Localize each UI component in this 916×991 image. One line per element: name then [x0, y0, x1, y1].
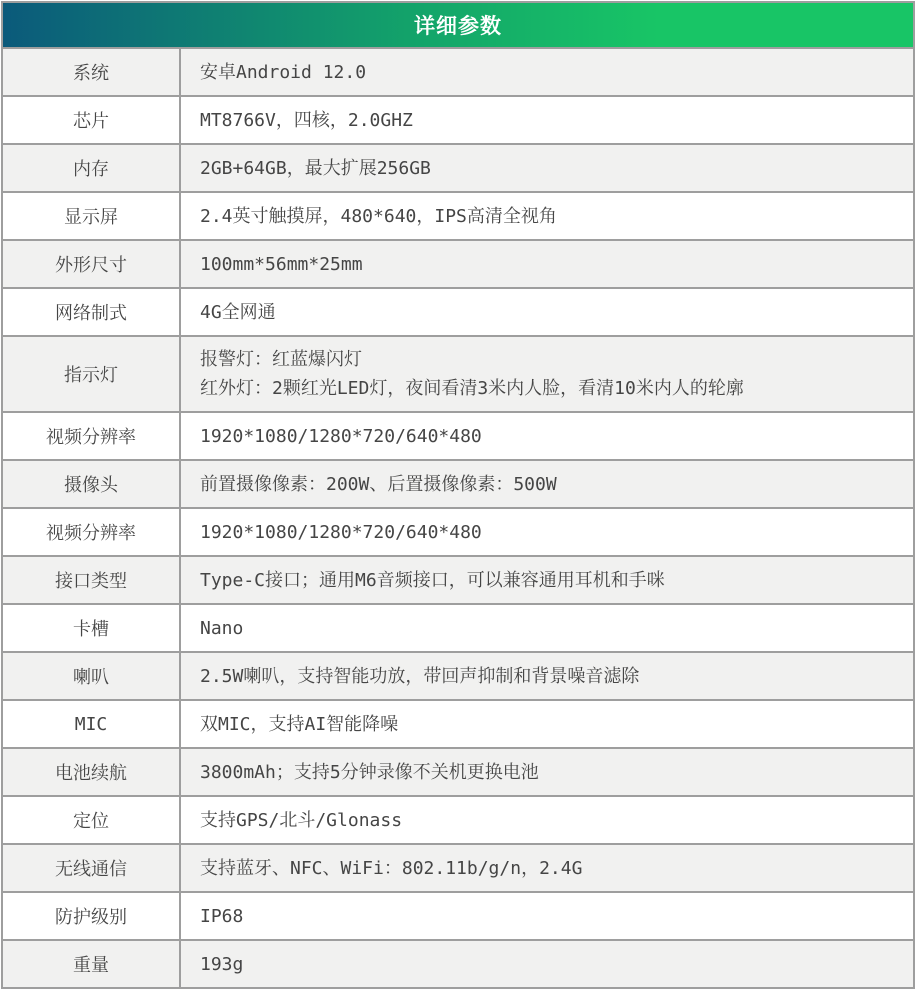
spec-label: 系统: [3, 49, 181, 95]
spec-value-line: 2GB+64GB，最大扩展256GB: [200, 154, 901, 183]
spec-value: 2.4英寸触摸屏，480*640，IPS高清全视角: [181, 193, 913, 239]
spec-value: 报警灯：红蓝爆闪灯红外灯：2颗红光LED灯，夜间看清3米内人脸，看清10米内人的…: [181, 337, 913, 411]
spec-value: Type-C接口；通用M6音频接口，可以兼容通用耳机和手咪: [181, 557, 913, 603]
table-row: 视频分辨率1920*1080/1280*720/640*480: [3, 411, 913, 459]
table-row: 芯片MT8766V，四核，2.0GHZ: [3, 95, 913, 143]
spec-value-line: 红外灯：2颗红光LED灯，夜间看清3米内人脸，看清10米内人的轮廓: [200, 374, 901, 403]
spec-label: 电池续航: [3, 749, 181, 795]
table-row: 摄像头前置摄像像素：200W、后置摄像像素：500W: [3, 459, 913, 507]
spec-value: 100mm*56mm*25mm: [181, 241, 913, 287]
spec-value: IP68: [181, 893, 913, 939]
spec-value: MT8766V，四核，2.0GHZ: [181, 97, 913, 143]
spec-label: 显示屏: [3, 193, 181, 239]
table-row: 系统安卓Android 12.0: [3, 47, 913, 95]
spec-table-panel: 详细参数 系统安卓Android 12.0芯片MT8766V，四核，2.0GHZ…: [1, 1, 915, 989]
table-row: 卡槽Nano: [3, 603, 913, 651]
spec-value: 前置摄像像素：200W、后置摄像像素：500W: [181, 461, 913, 507]
table-row: 无线通信支持蓝牙、NFC、WiFi：802.11b/g/n，2.4G: [3, 843, 913, 891]
spec-value: 3800mAh；支持5分钟录像不关机更换电池: [181, 749, 913, 795]
spec-label: 指示灯: [3, 337, 181, 411]
spec-value-line: 1920*1080/1280*720/640*480: [200, 422, 901, 451]
spec-label: 重量: [3, 941, 181, 987]
table-title: 详细参数: [414, 10, 502, 40]
spec-label: 视频分辨率: [3, 413, 181, 459]
table-row: 视频分辨率1920*1080/1280*720/640*480: [3, 507, 913, 555]
spec-value: 193g: [181, 941, 913, 987]
spec-rows-container: 系统安卓Android 12.0芯片MT8766V，四核，2.0GHZ内存2GB…: [3, 47, 913, 987]
spec-value-line: 安卓Android 12.0: [200, 58, 901, 87]
spec-value: 2GB+64GB，最大扩展256GB: [181, 145, 913, 191]
spec-value-line: 2.5W喇叭，支持智能功放，带回声抑制和背景噪音滤除: [200, 662, 901, 691]
spec-label: MIC: [3, 701, 181, 747]
spec-value-line: 支持GPS/北斗/Glonass: [200, 806, 901, 835]
spec-value-line: 3800mAh；支持5分钟录像不关机更换电池: [200, 758, 901, 787]
table-row: 防护级别IP68: [3, 891, 913, 939]
spec-value-line: 2.4英寸触摸屏，480*640，IPS高清全视角: [200, 202, 901, 231]
spec-value-line: 100mm*56mm*25mm: [200, 250, 901, 279]
spec-value: 1920*1080/1280*720/640*480: [181, 509, 913, 555]
spec-label: 视频分辨率: [3, 509, 181, 555]
table-row: MIC双MIC，支持AI智能降噪: [3, 699, 913, 747]
table-row: 网络制式4G全网通: [3, 287, 913, 335]
table-row: 定位支持GPS/北斗/Glonass: [3, 795, 913, 843]
table-row: 内存2GB+64GB，最大扩展256GB: [3, 143, 913, 191]
spec-label: 网络制式: [3, 289, 181, 335]
spec-value-line: 前置摄像像素：200W、后置摄像像素：500W: [200, 470, 901, 499]
spec-label: 内存: [3, 145, 181, 191]
spec-label: 芯片: [3, 97, 181, 143]
spec-value-line: MT8766V，四核，2.0GHZ: [200, 106, 901, 135]
spec-value-line: 193g: [200, 950, 901, 979]
spec-label: 无线通信: [3, 845, 181, 891]
spec-value-line: 1920*1080/1280*720/640*480: [200, 518, 901, 547]
spec-value-line: Nano: [200, 614, 901, 643]
spec-value-line: 双MIC，支持AI智能降噪: [200, 710, 901, 739]
spec-value: 支持蓝牙、NFC、WiFi：802.11b/g/n，2.4G: [181, 845, 913, 891]
table-row: 重量193g: [3, 939, 913, 987]
table-row: 指示灯报警灯：红蓝爆闪灯红外灯：2颗红光LED灯，夜间看清3米内人脸，看清10米…: [3, 335, 913, 411]
table-row: 外形尺寸100mm*56mm*25mm: [3, 239, 913, 287]
spec-value-line: 支持蓝牙、NFC、WiFi：802.11b/g/n，2.4G: [200, 854, 901, 883]
spec-value: 1920*1080/1280*720/640*480: [181, 413, 913, 459]
table-header: 详细参数: [3, 3, 913, 47]
table-row: 电池续航3800mAh；支持5分钟录像不关机更换电池: [3, 747, 913, 795]
spec-value: 双MIC，支持AI智能降噪: [181, 701, 913, 747]
spec-value: Nano: [181, 605, 913, 651]
spec-label: 接口类型: [3, 557, 181, 603]
spec-value: 支持GPS/北斗/Glonass: [181, 797, 913, 843]
spec-label: 定位: [3, 797, 181, 843]
spec-label: 摄像头: [3, 461, 181, 507]
spec-label: 卡槽: [3, 605, 181, 651]
spec-value-line: 4G全网通: [200, 298, 901, 327]
spec-label: 防护级别: [3, 893, 181, 939]
table-row: 喇叭2.5W喇叭，支持智能功放，带回声抑制和背景噪音滤除: [3, 651, 913, 699]
spec-value-line: Type-C接口；通用M6音频接口，可以兼容通用耳机和手咪: [200, 566, 901, 595]
spec-value: 安卓Android 12.0: [181, 49, 913, 95]
spec-label: 喇叭: [3, 653, 181, 699]
spec-label: 外形尺寸: [3, 241, 181, 287]
spec-value: 4G全网通: [181, 289, 913, 335]
table-row: 接口类型Type-C接口；通用M6音频接口，可以兼容通用耳机和手咪: [3, 555, 913, 603]
spec-value-line: 报警灯：红蓝爆闪灯: [200, 345, 901, 374]
spec-value: 2.5W喇叭，支持智能功放，带回声抑制和背景噪音滤除: [181, 653, 913, 699]
spec-value-line: IP68: [200, 902, 901, 931]
table-row: 显示屏2.4英寸触摸屏，480*640，IPS高清全视角: [3, 191, 913, 239]
